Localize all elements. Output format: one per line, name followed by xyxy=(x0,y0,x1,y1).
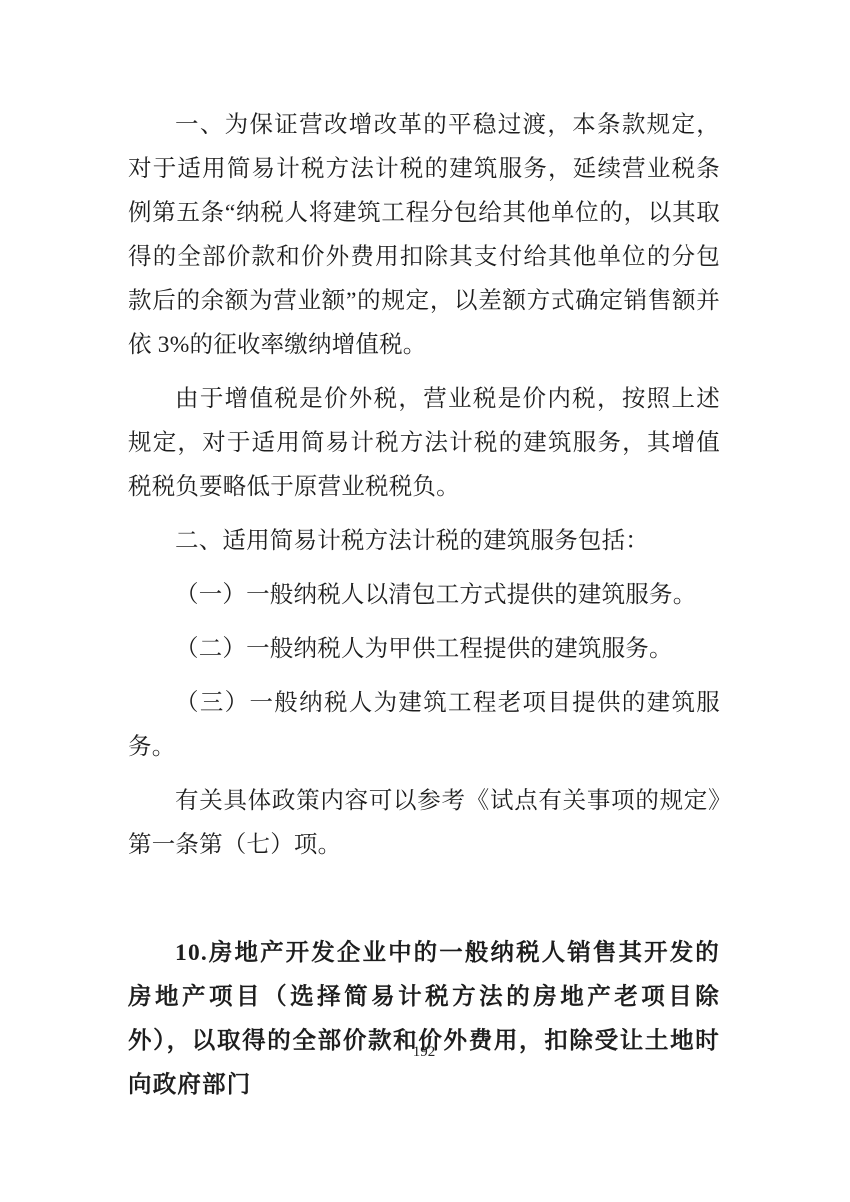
paragraph-simple-tax-services-intro: 二、适用简易计税方法计税的建筑服务包括： xyxy=(128,519,720,563)
paragraph-item-10-real-estate: 10.房地产开发企业中的一般纳税人销售其开发的房地产项目（选择简易计税方法的房地… xyxy=(128,931,720,1107)
document-page: 一、为保证营改增改革的平稳过渡，本条款规定，对于适用简易计税方法计税的建筑服务，… xyxy=(0,0,850,1202)
paragraph-transition-rule: 一、为保证营改增改革的平稳过渡，本条款规定，对于适用简易计税方法计税的建筑服务，… xyxy=(128,103,720,367)
paragraph-policy-reference: 有关具体政策内容可以参考《试点有关事项的规定》第一条第（七）项。 xyxy=(128,779,720,867)
page-number: 192 xyxy=(413,1044,436,1060)
paragraph-tax-burden-comparison: 由于增值税是价外税，营业税是价内税，按照上述规定，对于适用简易计税方法计税的建筑… xyxy=(128,377,720,509)
document-body: 一、为保证营改增改革的平稳过渡，本条款规定，对于适用简易计税方法计税的建筑服务，… xyxy=(128,103,720,1117)
list-item-2: （二）一般纳税人为甲供工程提供的建筑服务。 xyxy=(128,627,720,671)
list-item-3: （三）一般纳税人为建筑工程老项目提供的建筑服务。 xyxy=(128,681,720,769)
page-footer: 192 xyxy=(128,1042,720,1062)
list-item-1: （一）一般纳税人以清包工方式提供的建筑服务。 xyxy=(128,573,720,617)
